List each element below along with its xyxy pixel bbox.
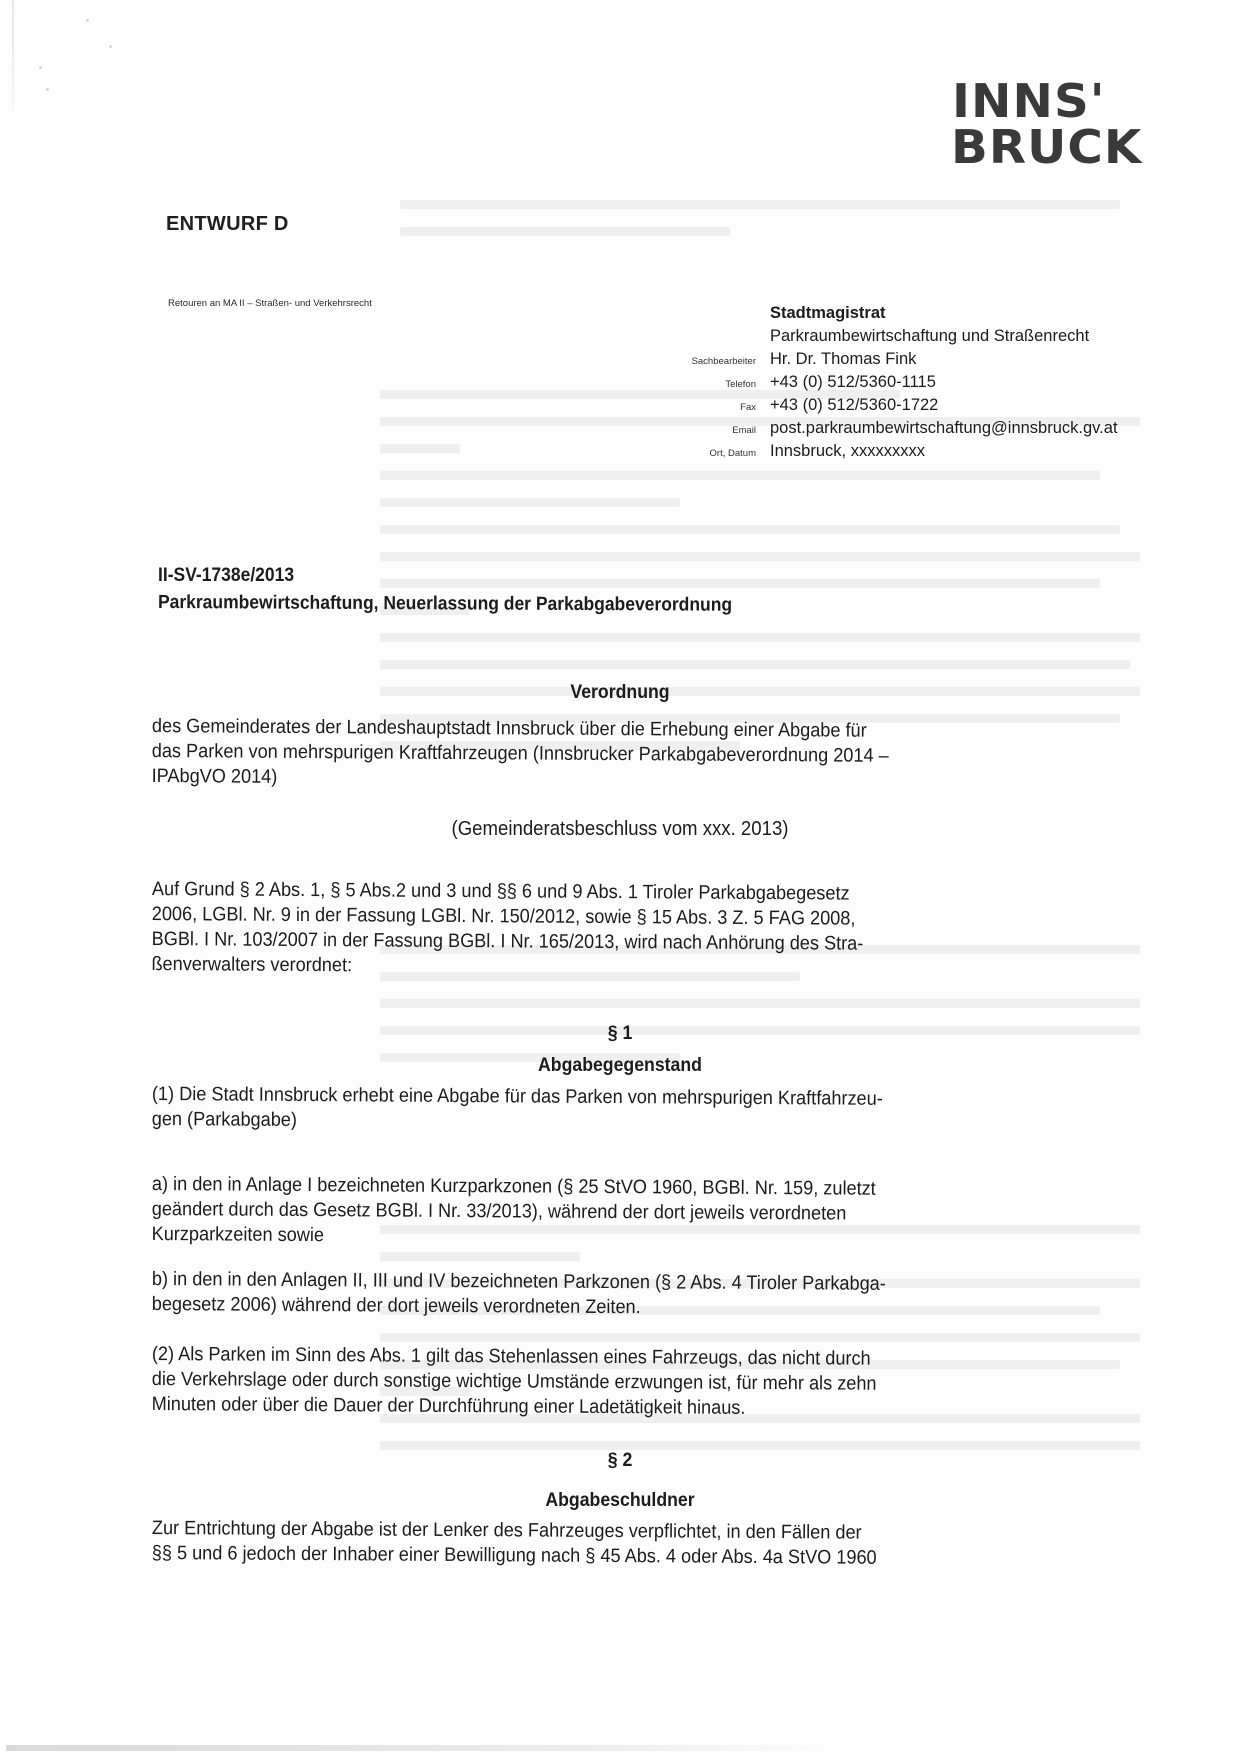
sender-field-place-date: Ort, Datum Innsbruck, xxxxxxxxx [600, 442, 1118, 465]
scan-speck [46, 88, 49, 91]
preamble: Auf Grund § 2 Abs. 1, § 5 Abs.2 und 3 un… [151, 877, 1044, 983]
sender-field-label: Telefon [600, 379, 770, 390]
scan-edge-left [12, 0, 14, 110]
sender-field-clerk: Sachbearbeiter Hr. Dr. Thomas Fink [600, 350, 1118, 373]
section-number: § 1 [174, 1023, 1067, 1045]
draft-label: ENTWURF D [166, 213, 289, 236]
sender-block: Stadtmagistrat Parkraumbewirtschaftung u… [600, 304, 1118, 465]
return-address-note: Retouren an MA II – Straßen- und Verkehr… [168, 298, 372, 309]
scan-speck [86, 19, 89, 22]
sender-field-phone: Telefon +43 (0) 512/5360-1115 [600, 373, 1118, 396]
section-title: Abgabeschuldner [174, 1490, 1067, 1512]
show-through-texture [400, 200, 1160, 254]
sender-department-row: Parkraumbewirtschaftung und Straßenrecht [600, 327, 1118, 350]
section-1-paragraph-1: (1) Die Stadt Innsbruck erhebt eine Abga… [152, 1082, 1045, 1138]
sender-field-fax: Fax +43 (0) 512/5360-1722 [600, 396, 1118, 419]
section-title: Abgabegegenstand [174, 1055, 1067, 1077]
sender-field-value: Hr. Dr. Thomas Fink [770, 350, 916, 369]
sender-field-value: +43 (0) 512/5360-1722 [770, 396, 938, 415]
sender-field-value: Innsbruck, xxxxxxxxx [770, 442, 925, 461]
sender-field-label: Email [600, 425, 770, 436]
sender-field-value: post.parkraumbewirtschaftung@innsbruck.g… [770, 419, 1118, 438]
innsbruck-logo: INNS' BRUCK [952, 78, 1133, 170]
sender-office: Stadtmagistrat [770, 304, 886, 323]
sender-department: Parkraumbewirtschaftung und Straßenrecht [770, 327, 1089, 346]
scan-speck [39, 66, 42, 69]
sender-field-label: Ort, Datum [600, 448, 770, 459]
logo-line-1: INNS' [952, 78, 1142, 124]
resolution-note: (Gemeinderatsbeschluss vom xxx. 2013) [174, 818, 1067, 841]
case-number: II-SV-1738e/2013 [158, 565, 294, 587]
section-1-item-a: a) in den in Anlage I bezeichneten Kurzp… [152, 1172, 1045, 1253]
section-1-paragraph-2: (2) Als Parken im Sinn des Abs. 1 gilt d… [152, 1342, 1045, 1423]
sender-field-email: Email post.parkraumbewirtschaftung@innsb… [600, 419, 1118, 442]
sender-field-label: Sachbearbeiter [600, 356, 770, 367]
section-2-paragraph-1: Zur Entrichtung der Abgabe ist der Lenke… [152, 1516, 1045, 1572]
sender-office-row: Stadtmagistrat [600, 304, 1118, 327]
ordinance-heading: Verordnung [174, 682, 1067, 704]
ordinance-intro: des Gemeinderates der Landeshauptstadt I… [152, 714, 1045, 795]
sender-field-label: Fax [600, 402, 770, 413]
logo-line-2: BRUCK [951, 124, 1142, 170]
section-1-item-b: b) in den in den Anlagen II, III und IV … [152, 1267, 1045, 1323]
subject-line: Parkraumbewirtschaftung, Neuerlassung de… [158, 592, 732, 617]
sender-field-value: +43 (0) 512/5360-1115 [770, 373, 936, 392]
document-page: INNS' BRUCK ENTWURF D Retouren an MA II … [0, 0, 1240, 1755]
section-number: § 2 [174, 1450, 1067, 1472]
scan-speck [109, 45, 112, 48]
scan-edge-bottom [6, 1745, 826, 1751]
